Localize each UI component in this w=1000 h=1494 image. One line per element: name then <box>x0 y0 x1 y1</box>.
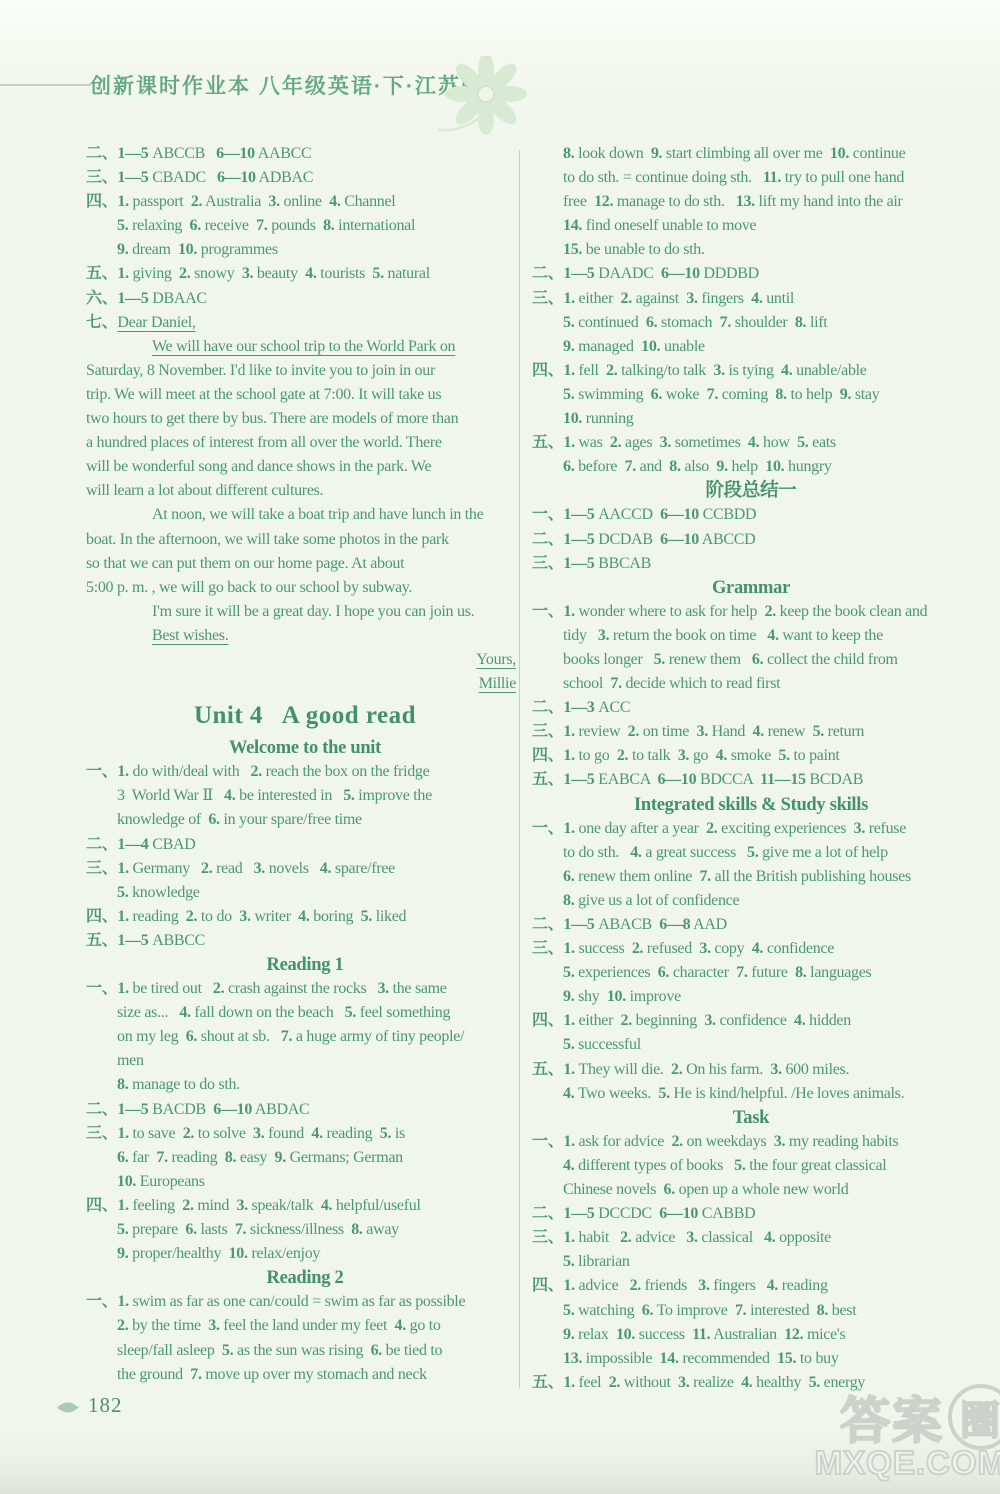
answer-line: 二、1—3 ACC <box>532 696 970 720</box>
answer-line: 七、Dear Daniel, <box>86 311 524 335</box>
answer-line: 5. successful <box>532 1033 970 1057</box>
answer-line: 10. Europeans <box>86 1170 524 1194</box>
answer-line: tidy 3. return the book on time 4. want … <box>532 624 970 648</box>
watermark-circled-char: 圈 <box>948 1384 1000 1450</box>
answers-column-left: 二、1—5 ABCCB 6—10 AABCC三、1—5 CBADC 6—10 A… <box>86 142 524 1387</box>
answer-line: school 7. decide which to read first <box>532 672 970 696</box>
answer-line: 三、1. review 2. on time 3. Hand 4. renew … <box>532 720 970 744</box>
answer-line: 二、1—5 ABCCB 6—10 AABCC <box>86 142 524 166</box>
answer-line: Chinese novels 6. open up a whole new wo… <box>532 1178 970 1202</box>
answer-line: 四、1. feeling 2. mind 3. speak/talk 4. he… <box>86 1194 524 1218</box>
answer-line: 三、1. either 2. against 3. fingers 4. unt… <box>532 287 970 311</box>
answer-line: so that we can put them on our home page… <box>86 552 524 576</box>
answer-line: 三、1. success 2. refused 3. copy 4. confi… <box>532 937 970 961</box>
answer-line: on my leg 6. shout at sb. 7. a huge army… <box>86 1025 524 1049</box>
answer-line: men <box>86 1049 524 1073</box>
answer-line: 10. running <box>532 407 970 431</box>
answer-line: size as... 4. fall down on the beach 5. … <box>86 1001 524 1025</box>
answer-line: 四、1. to go 2. to talk 3. go 4. smoke 5. … <box>532 744 970 768</box>
answer-line: 五、1—5 ABBCC <box>86 929 524 953</box>
flower-icon <box>438 56 534 144</box>
answer-line: 5:00 p. m. , we will go back to our scho… <box>86 576 524 600</box>
answer-line: 二、1—4 CBAD <box>86 833 524 857</box>
section-heading: Grammar <box>532 576 970 600</box>
answer-line: will learn a lot about different culture… <box>86 479 524 503</box>
section-heading: Unit 4 A good read <box>86 696 524 736</box>
workbook-answer-page: 创新课时作业本 八年级英语·下·江苏版 二、1—5 ABCCB 6—10 AAB… <box>0 0 1000 1494</box>
answer-line: 5. prepare 6. lasts 7. sickness/illness … <box>86 1218 524 1242</box>
watermark-answer-circle: 答案 圈 <box>840 1381 1000 1453</box>
section-heading: Integrated skills & Study skills <box>532 793 970 817</box>
answer-line: 二、1—5 DCDAB 6—10 ABCCD <box>532 528 970 552</box>
answer-line: two hours to get there by bus. There are… <box>86 407 524 431</box>
answer-line: 8. manage to do sth. <box>86 1073 524 1097</box>
section-heading: Welcome to the unit <box>86 736 524 760</box>
answer-line: 4. Two weeks. 5. He is kind/helpful. /He… <box>532 1082 970 1106</box>
answer-line: 三、1. to save 2. to solve 3. found 4. rea… <box>86 1122 524 1146</box>
answer-line: 六、1—5 DBAAC <box>86 287 524 311</box>
header-rule <box>0 84 90 86</box>
answer-line: boat. In the afternoon, we will take som… <box>86 528 524 552</box>
page-marker-icon <box>56 1401 80 1414</box>
answer-line: 五、1. was 2. ages 3. sometimes 4. how 5. … <box>532 431 970 455</box>
answer-line: knowledge of 6. in your spare/free time <box>86 808 524 832</box>
answer-line: sleep/fall asleep 5. as the sun was risi… <box>86 1339 524 1363</box>
answer-line: 五、1. They will die. 2. On his farm. 3. 6… <box>532 1058 970 1082</box>
answer-line: 3 World War Ⅱ 4. be interested in 5. imp… <box>86 784 524 808</box>
answer-line: 一、1. one day after a year 2. exciting ex… <box>532 817 970 841</box>
answer-line: 5. experiences 6. character 7. future 8.… <box>532 961 970 985</box>
answer-line: We will have our school trip to the Worl… <box>86 335 524 359</box>
answer-line: to do sth. 4. a great success 5. give me… <box>532 841 970 865</box>
answer-line: a hundred places of interest from all ov… <box>86 431 524 455</box>
answer-line: Saturday, 8 November. I'd like to invite… <box>86 359 524 383</box>
answer-line: 14. find oneself unable to move <box>532 214 970 238</box>
watermark-site: MXQE.COM <box>815 1444 1000 1482</box>
answer-line: 8. look down 9. start climbing all over … <box>532 142 970 166</box>
section-heading: Reading 2 <box>86 1266 524 1290</box>
watermark-text: 答案 <box>840 1381 944 1453</box>
answer-line: to do sth. = continue doing sth. 11. try… <box>532 166 970 190</box>
answer-line: Yours, <box>86 648 524 672</box>
answer-line: 5. relaxing 6. receive 7. pounds 8. inte… <box>86 214 524 238</box>
answer-line: 一、1—5 AACCD 6—10 CCBDD <box>532 503 970 527</box>
answer-line: At noon, we will take a boat trip and ha… <box>86 503 524 527</box>
answer-line: 五、1. giving 2. snowy 3. beauty 4. touris… <box>86 262 524 286</box>
answer-line: 9. proper/healthy 10. relax/enjoy <box>86 1242 524 1266</box>
answer-line: 4. different types of books 5. the four … <box>532 1154 970 1178</box>
answer-line: 二、1—5 DAADC 6—10 DDDBD <box>532 262 970 286</box>
answer-line: 6. renew them online 7. all the British … <box>532 865 970 889</box>
underlined-text: Dear Daniel, <box>117 314 195 331</box>
answer-line: 二、1—5 BACDB 6—10 ABDAC <box>86 1098 524 1122</box>
answer-line: 五、1—5 EABCA 6—10 BDCCA 11—15 BCDAB <box>532 768 970 792</box>
column-divider <box>519 150 520 1388</box>
answer-line: 2. by the time 3. feel the land under my… <box>86 1314 524 1338</box>
answer-line: 5. knowledge <box>86 881 524 905</box>
answer-line: 二、1—5 ABACB 6—8 AAD <box>532 913 970 937</box>
answer-line: 四、1. advice 2. friends 3. fingers 4. rea… <box>532 1274 970 1298</box>
section-heading: Reading 1 <box>86 953 524 977</box>
answer-line: 四、1. fell 2. talking/to talk 3. is tying… <box>532 359 970 383</box>
answer-line: Best wishes. <box>86 624 524 648</box>
answer-line: 三、1. Germany 2. read 3. novels 4. spare/… <box>86 857 524 881</box>
answer-line: 二、1—5 DCCDC 6—10 CABBD <box>532 1202 970 1226</box>
section-heading: Task <box>532 1106 970 1130</box>
answer-line: will be wonderful song and dance shows i… <box>86 455 524 479</box>
answer-line: 13. impossible 14. recommended 15. to bu… <box>532 1347 970 1371</box>
answer-line: Millie <box>86 672 524 696</box>
answer-line: 三、1—5 BBCAB <box>532 552 970 576</box>
answer-line: 9. dream 10. programmes <box>86 238 524 262</box>
answer-line: 15. be unable to do sth. <box>532 238 970 262</box>
answer-line: 5. librarian <box>532 1250 970 1274</box>
answer-line: 四、1. either 2. beginning 3. confidence 4… <box>532 1009 970 1033</box>
answer-line: free 12. manage to do sth. 13. lift my h… <box>532 190 970 214</box>
answer-line: the ground 7. move up over my stomach an… <box>86 1363 524 1387</box>
answer-line: 一、1. ask for advice 2. on weekdays 3. my… <box>532 1130 970 1154</box>
answer-line: 三、1—5 CBADC 6—10 ADBAC <box>86 166 524 190</box>
answer-line: 5. watching 6. To improve 7. interested … <box>532 1299 970 1323</box>
answer-line: 一、1. do with/deal with 2. reach the box … <box>86 760 524 784</box>
answer-line: 9. shy 10. improve <box>532 985 970 1009</box>
answer-line: trip. We will meet at the school gate at… <box>86 383 524 407</box>
answer-line: 一、1. swim as far as one can/could = swim… <box>86 1290 524 1314</box>
answer-line: I'm sure it will be a great day. I hope … <box>86 600 524 624</box>
answer-line: 9. relax 10. success 11. Australian 12. … <box>532 1323 970 1347</box>
book-title: 创新课时作业本 八年级英语·下·江苏版 <box>90 70 484 100</box>
section-heading: 阶段总结一 <box>532 479 970 503</box>
answer-line: 一、1. be tired out 2. crash against the r… <box>86 977 524 1001</box>
answer-line: 四、1. passport 2. Australia 3. online 4. … <box>86 190 524 214</box>
answer-line: 四、1. reading 2. to do 3. writer 4. borin… <box>86 905 524 929</box>
answer-line: 8. give us a lot of confidence <box>532 889 970 913</box>
answer-line: 5. swimming 6. woke 7. coming 8. to help… <box>532 383 970 407</box>
page-number: 182 <box>88 1393 123 1418</box>
answer-line: 三、1. habit 2. advice 3. classical 4. opp… <box>532 1226 970 1250</box>
answer-line: 6. before 7. and 8. also 9. help 10. hun… <box>532 455 970 479</box>
answers-column-right: 8. look down 9. start climbing all over … <box>532 142 970 1395</box>
answer-line: 一、1. wonder where to ask for help 2. kee… <box>532 600 970 624</box>
answer-line: 9. managed 10. unable <box>532 335 970 359</box>
answer-line: books longer 5. renew them 6. collect th… <box>532 648 970 672</box>
answer-line: 5. continued 6. stomach 7. shoulder 8. l… <box>532 311 970 335</box>
answer-line: 6. far 7. reading 8. easy 9. Germans; Ge… <box>86 1146 524 1170</box>
